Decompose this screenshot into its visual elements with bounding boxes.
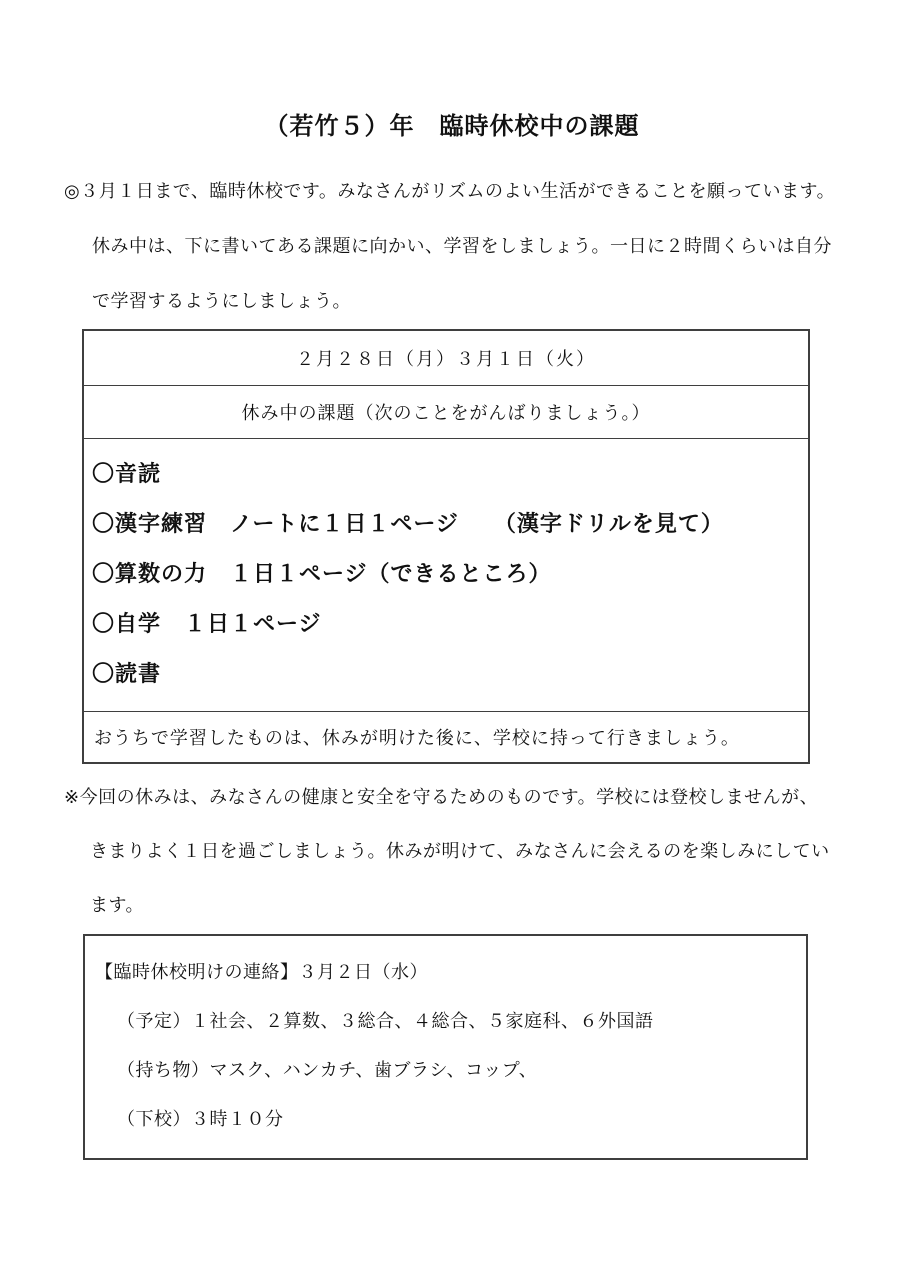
intro-line-1: ◎３月１日まで、臨時休校です。みなさんがリズムのよい生活ができることを願っていま… bbox=[64, 164, 840, 219]
homework-item-ondoku: 〇音読 bbox=[92, 449, 800, 499]
caution-paragraph: ※今回の休みは、みなさんの健康と安全を守るためのものです。学校には登校しませんが… bbox=[64, 770, 840, 932]
homework-table: ２月２８日（月）３月１日（火） 休み中の課題（次のことをがんばりましょう。） 〇… bbox=[82, 329, 810, 764]
caution-line-3: ます。 bbox=[64, 878, 840, 932]
after-break-schedule: （予定）１社会、２算数、３総合、４総合、５家庭科、６外国語 bbox=[95, 997, 798, 1046]
intro-line-2: 休み中は、下に書いてある課題に向かい、学習をしましょう。一日に２時間くらいは自分 bbox=[64, 219, 840, 274]
after-break-heading: 【臨時休校明けの連絡】３月２日（水） bbox=[95, 948, 798, 997]
homework-item-sansu: 〇算数の力 １日１ページ（できるところ） bbox=[92, 549, 800, 599]
homework-item-list: 〇音読 〇漢字練習 ノートに１日１ページ （漢字ドリルを見て） 〇算数の力 １日… bbox=[84, 438, 808, 711]
after-break-info-box: 【臨時休校明けの連絡】３月２日（水） （予定）１社会、２算数、３総合、４総合、５… bbox=[83, 934, 808, 1160]
intro-line-3: で学習するようにしましょう。 bbox=[64, 274, 840, 329]
caution-line-1: ※今回の休みは、みなさんの健康と安全を守るためのものです。学校には登校しませんが… bbox=[64, 770, 840, 824]
after-break-dismissal: （下校）３時１０分 bbox=[95, 1095, 798, 1144]
homework-subtitle: 休み中の課題（次のことをがんばりましょう。） bbox=[84, 385, 808, 438]
after-break-items-to-bring: （持ち物）マスク、ハンカチ、歯ブラシ、コップ、 bbox=[95, 1046, 798, 1095]
homework-footer-note: おうちで学習したものは、休みが明けた後に、学校に持って行きましょう。 bbox=[84, 711, 808, 762]
homework-date-header: ２月２８日（月）３月１日（火） bbox=[84, 331, 808, 385]
document-page: （若竹５）年 臨時休校中の課題 ◎３月１日まで、臨時休校です。みなさんがリズムの… bbox=[0, 0, 904, 1280]
homework-item-dokusho: 〇読書 bbox=[92, 649, 800, 699]
homework-item-kanji: 〇漢字練習 ノートに１日１ページ （漢字ドリルを見て） bbox=[92, 499, 800, 549]
homework-item-jigaku: 〇自学 １日１ページ bbox=[92, 599, 800, 649]
intro-paragraph: ◎３月１日まで、臨時休校です。みなさんがリズムのよい生活ができることを願っていま… bbox=[64, 164, 840, 329]
page-title: （若竹５）年 臨時休校中の課題 bbox=[64, 112, 840, 142]
caution-line-2: きまりよく１日を過ごしましょう。休みが明けて、みなさんに会えるのを楽しみにしてい bbox=[64, 824, 840, 878]
